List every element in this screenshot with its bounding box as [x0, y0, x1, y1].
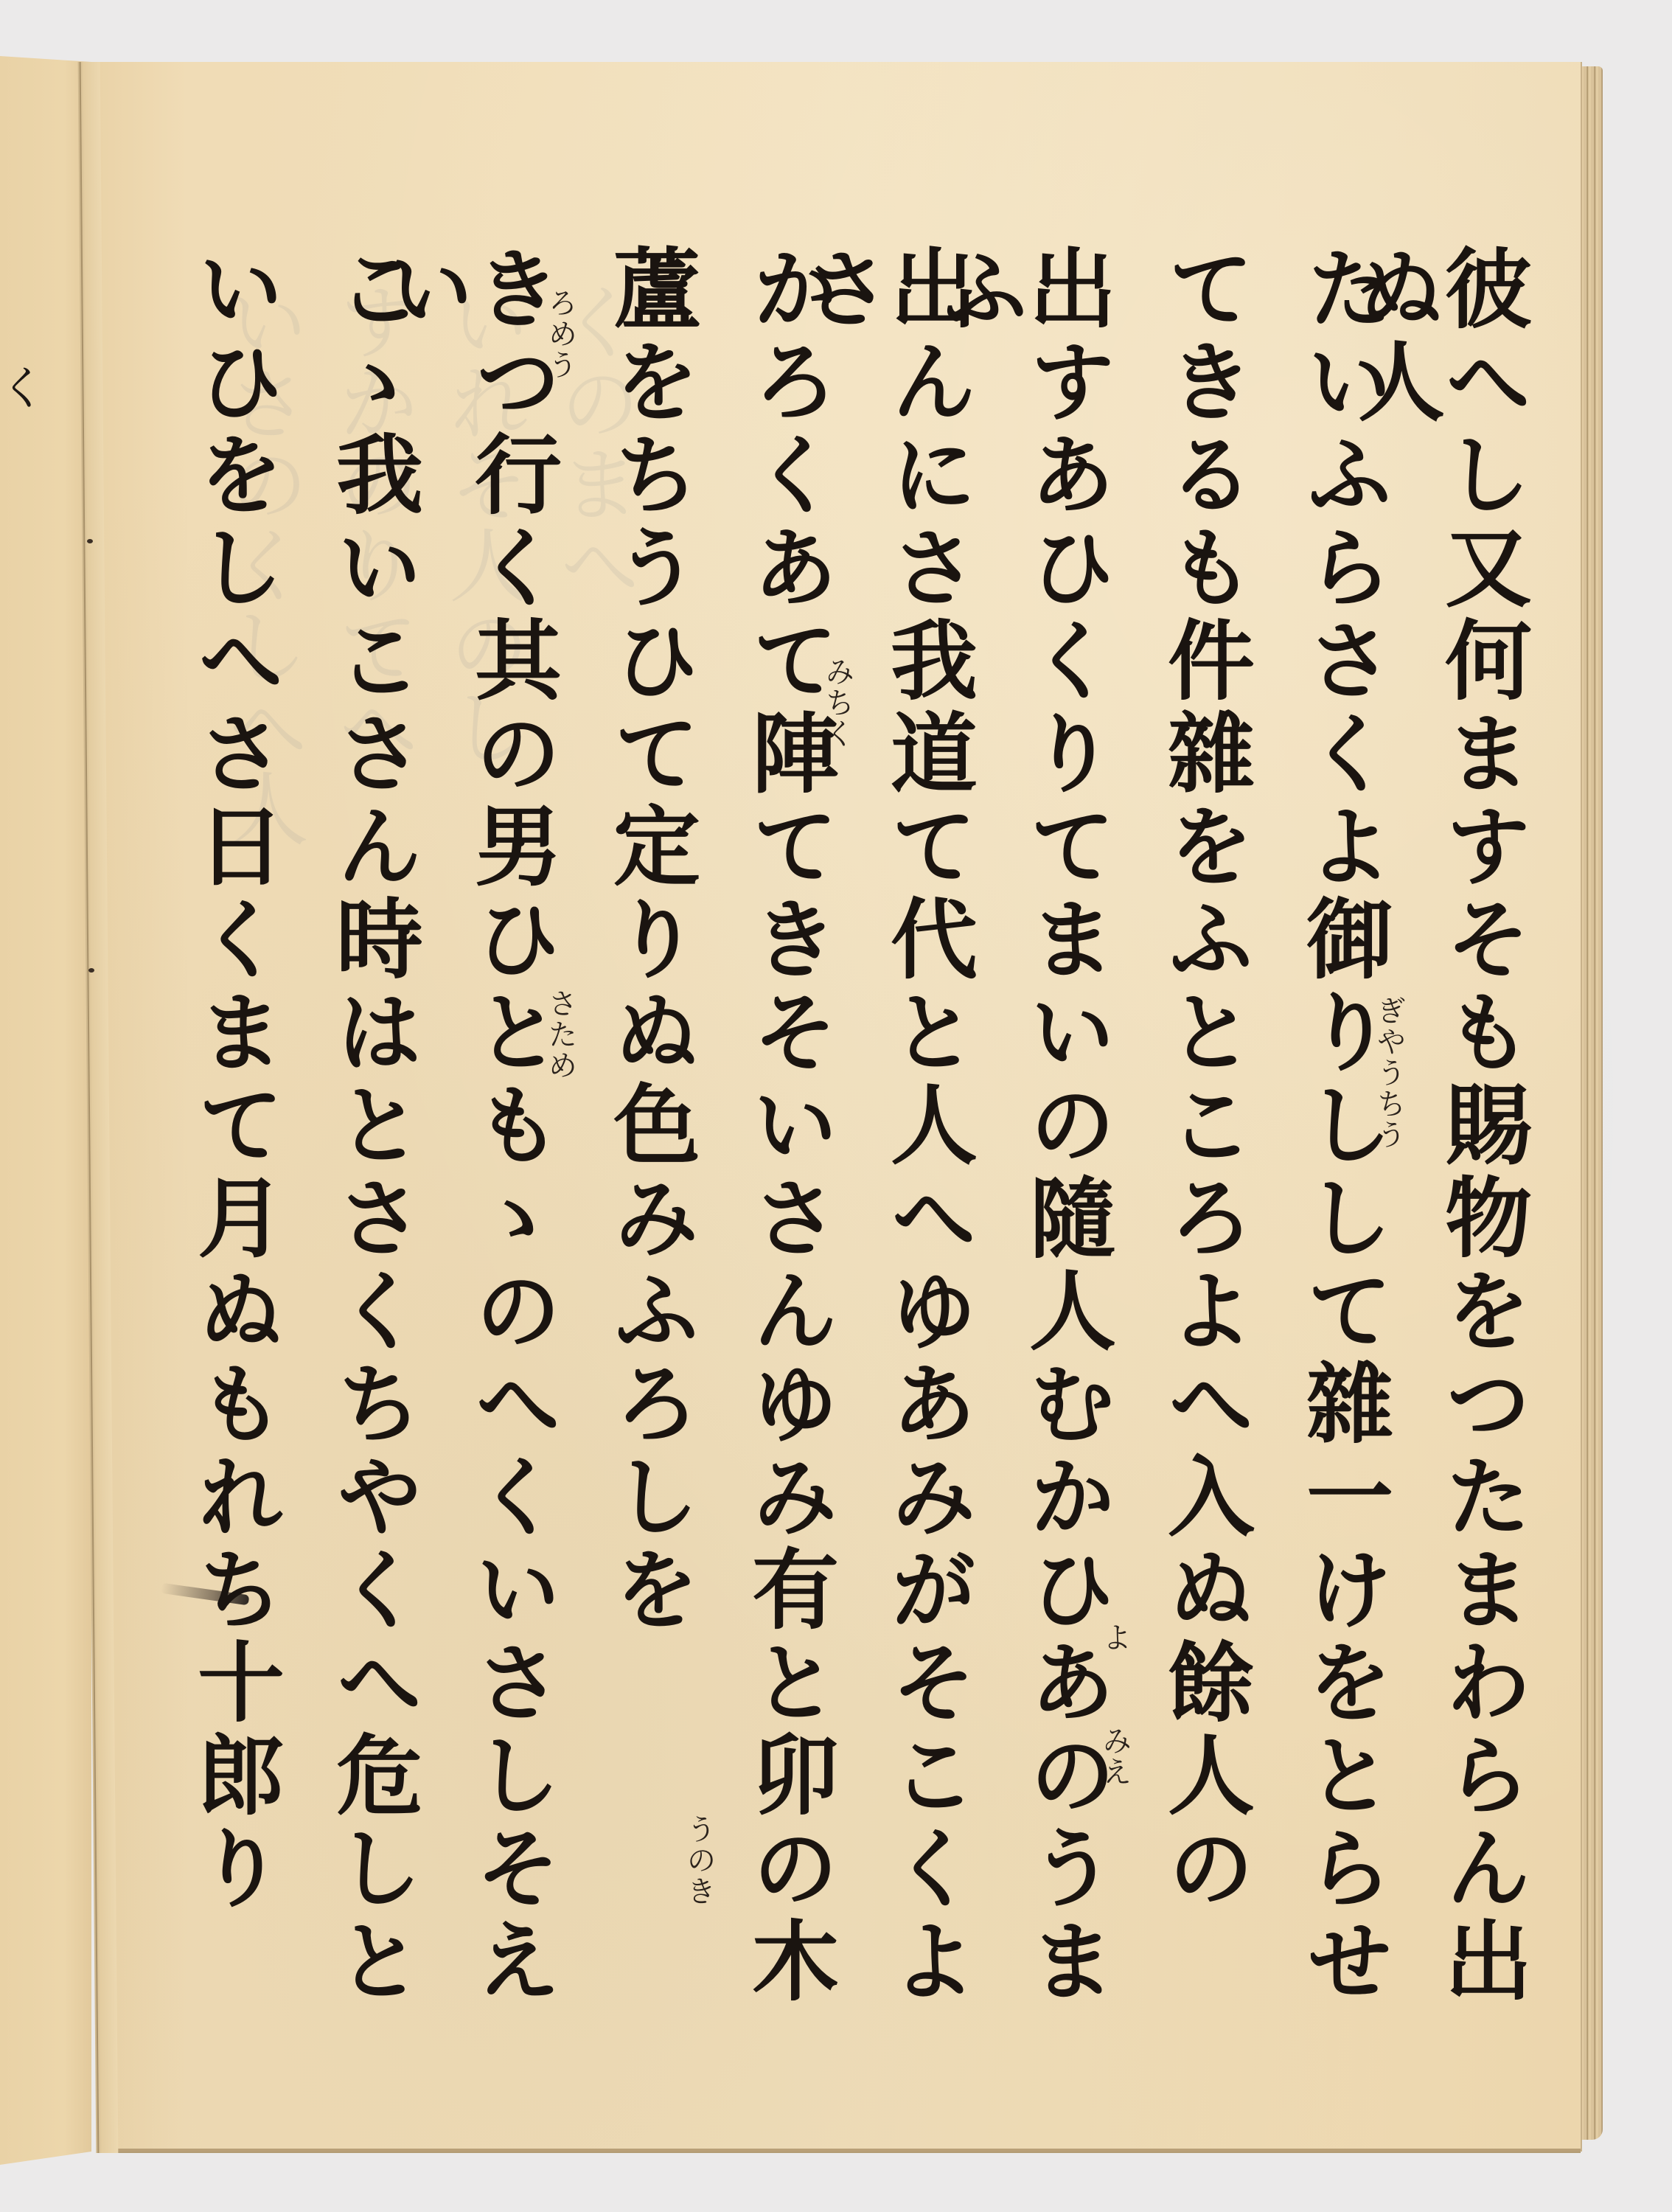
text-column-2: たいふらさくよ御りしして雜一けをとらせ [1261, 243, 1386, 2050]
text-column-10: いひをしへさ日くまて月ぬもれち十郎り [152, 243, 277, 2050]
text-column-1: 彼へし又何ますそも賜物をつたまわらん出ぬ人 ぎやうちう [1399, 243, 1525, 2050]
binding-hole [87, 539, 93, 543]
binding-hole [88, 968, 94, 973]
left-page-glyph: く [0, 366, 46, 411]
column-text: てきるも件雜をふところよへ入ぬ餘人の [1160, 243, 1247, 2050]
column-text: こゝ我いこさん時はとさくちやくへ危しと [329, 243, 416, 2050]
text-column-8: きつ行く其の男ひともゝのへくいさしそえい [429, 243, 554, 2050]
column-text: 蘆をちうひて定りぬ色みふろしを [606, 243, 693, 2050]
column-text: いひをしへさ日くまて月ぬもれち十郎り [190, 243, 277, 2050]
manuscript-text-block: 彼へし又何ますそも賜物をつたまわらん出ぬ人 ぎやうちう たいふらさくよ御りしして… [152, 243, 1525, 2050]
text-column-3: てきるも件雜をふところよへ入ぬ餘人の よ みえ [1122, 243, 1247, 2050]
column-text: かろくあて陣てきそいさんゆみ有と卯の木 [745, 243, 832, 2050]
text-column-9: こゝ我いこさん時はとさくちやくへ危しと [290, 243, 416, 2050]
text-column-5: 出んにさ我道て代と人へゆあみがそこくよさ みちく [845, 243, 970, 2050]
left-facing-page: く [0, 56, 91, 2165]
text-column-7: 蘆をちうひて定りぬ色みふろしを ろめう さため [568, 243, 693, 2050]
page-bottom-edge [99, 2149, 1581, 2152]
text-column-6: かろくあて陣てきそいさんゆみ有と卯の木 うのき [706, 243, 832, 2050]
column-text: たいふらさくよ御りしして雜一けをとらせ [1299, 243, 1386, 2050]
text-column-4: 出すあひくりてまいの隨人むかひあのうまふ [983, 243, 1109, 2050]
